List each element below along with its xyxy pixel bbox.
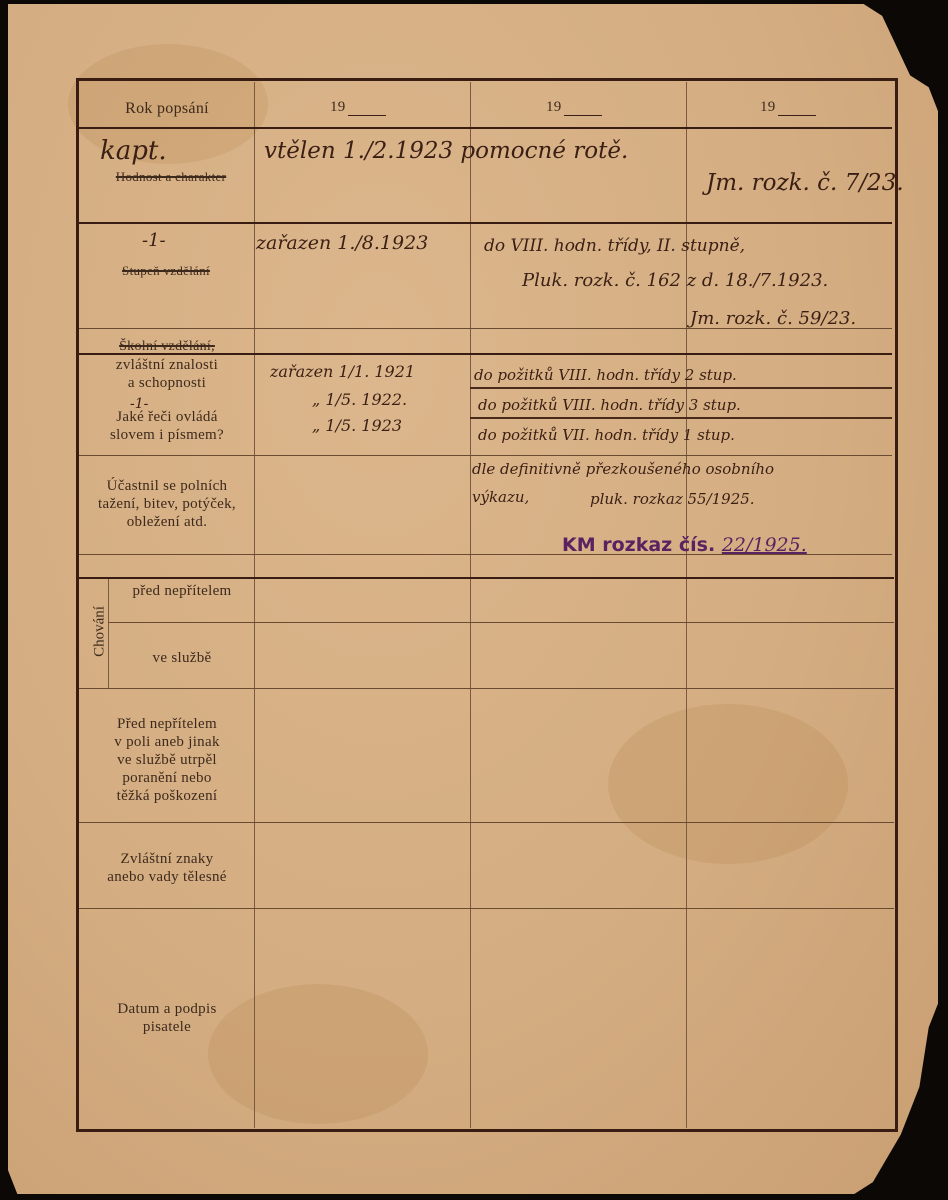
label-line: ve službě utrpěl	[80, 751, 254, 769]
label-line: poranění nebo	[80, 769, 254, 787]
pay-entry-class: do požitků VII. hodn. třídy 1 stup.	[478, 426, 735, 444]
label-line: Účastnil se polních	[80, 477, 254, 495]
label-line: tažení, bitev, potýček,	[80, 495, 254, 513]
label-line: Zvláštní znaky	[80, 850, 254, 868]
rank-label: Hodnost a charakter	[88, 168, 254, 186]
year-blank	[564, 115, 602, 116]
rank-entry: vtělen 1./2.1923 pomocné rotě.	[264, 138, 628, 164]
label-line: pisatele	[80, 1018, 254, 1036]
label-line: slovem i písmem?	[80, 426, 254, 444]
campaigns-regiment-order: pluk. rozkaz 55/1925.	[590, 490, 755, 508]
year-prefix: 19	[546, 99, 562, 115]
pay-entry-date: „ 1/5. 1922.	[312, 390, 407, 409]
label-line: zvláštní znalosti	[80, 356, 254, 374]
pay-entry-class: do požitků VIII. hodn. třídy 3 stup.	[478, 396, 741, 414]
label-line: a schopnosti	[80, 374, 254, 392]
rank-order-reference: Jm. rozk. č. 7/23.	[706, 170, 904, 196]
year-blank	[348, 115, 386, 116]
conduct-before-enemy-label: před nepřítelem	[110, 582, 254, 600]
label-line: v poli aneb jinak	[80, 733, 254, 751]
label-line: těžká poškození	[80, 787, 254, 805]
column-divider-1	[254, 82, 255, 1128]
label-line: Před nepřítelem	[80, 715, 254, 733]
grade-label: Stupeň vzdělání	[86, 262, 246, 280]
stamp-text: KM rozkaz čís.	[562, 534, 715, 556]
grade-order-reference: Jm. rozk. č. 59/23.	[690, 308, 856, 329]
injuries-label: Před nepřítelem v poli aneb jinak ve slu…	[80, 715, 254, 805]
row-divider	[79, 127, 892, 129]
row-divider	[79, 455, 892, 456]
label-line: Jaké řeči ovládá	[80, 408, 254, 426]
column-divider-2	[470, 82, 471, 1128]
physical-marks-label: Zvláštní znaky anebo vady tělesné	[80, 850, 254, 886]
education-label: zvláštní znalosti a schopnosti	[80, 356, 254, 392]
row-divider	[108, 622, 894, 623]
year-prefix: 19	[760, 99, 776, 115]
stamp-km-order: KM rozkaz čís. 22/1925.	[562, 534, 807, 556]
signature-label: Datum a podpis pisatele	[80, 1000, 254, 1036]
entry-underline	[470, 417, 892, 419]
pay-entry-class: do požitků VIII. hodn. třídy 2 stup.	[474, 366, 737, 384]
conduct-group-label: Chování	[92, 592, 109, 672]
education-label-struck: Školní vzdělání,	[80, 338, 254, 356]
stamp-number: 22/1925.	[722, 534, 807, 556]
row-divider	[79, 908, 894, 909]
pay-entry-date: zařazen 1/1. 1921	[270, 362, 415, 381]
handwritten-grade-mark: -1-	[142, 230, 166, 251]
campaigns-entry: výkazu,	[472, 488, 529, 506]
entry-underline	[470, 387, 892, 389]
year-column-2: 19	[546, 98, 606, 116]
year-column-1: 19	[330, 98, 390, 116]
languages-label: Jaké řeči ovládá slovem i písmem?	[80, 408, 254, 444]
grade-entry-class: do VIII. hodn. třídy, II. stupně,	[484, 236, 745, 256]
year-label: Rok popsání	[80, 100, 254, 118]
year-column-3: 19	[760, 98, 820, 116]
conduct-in-service-label: ve službě	[110, 649, 254, 667]
grade-entry-date: zařazen 1./8.1923	[256, 232, 428, 254]
handwritten-rank: kapt.	[100, 136, 167, 166]
pay-entry-date: „ 1/5. 1923	[312, 416, 402, 435]
year-blank	[778, 115, 816, 116]
label-line: obležení atd.	[80, 513, 254, 531]
grade-regiment-order: Pluk. rozk. č. 162 z d. 18./7.1923.	[522, 270, 828, 291]
campaigns-entry: dle definitivně přezkoušeného osobního	[472, 460, 774, 478]
label-line: Datum a podpis	[80, 1000, 254, 1018]
year-prefix: 19	[330, 99, 346, 115]
label-line: anebo vady tělesné	[80, 868, 254, 886]
row-divider	[79, 222, 892, 224]
row-divider	[79, 577, 894, 579]
campaigns-label: Účastnil se polních tažení, bitev, potýč…	[80, 477, 254, 531]
row-divider	[79, 688, 894, 689]
row-divider	[79, 822, 894, 823]
